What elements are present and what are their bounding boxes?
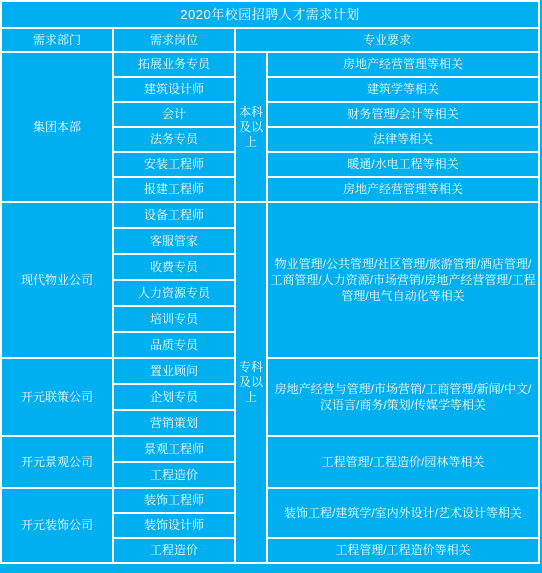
position-cell: 法务专员 [113, 127, 235, 152]
department-cell: 开元联策公司 [1, 358, 113, 436]
position-cell: 报建工程师 [113, 177, 235, 202]
position-cell: 安装工程师 [113, 152, 235, 177]
position-cell: 工程造价 [113, 462, 235, 488]
position-cell: 置业顾问 [113, 358, 235, 384]
header-department: 需求部门 [1, 28, 113, 52]
requirement-cell: 建筑学等相关 [267, 77, 539, 102]
requirement-cell: 工程管理/工程造价/园林等相关 [267, 436, 539, 488]
position-cell: 企划专员 [113, 384, 235, 410]
header-requirement: 专业要求 [235, 28, 539, 52]
position-cell: 收费专员 [113, 254, 235, 280]
position-cell: 景观工程师 [113, 436, 235, 462]
requirement-cell: 房地产经营管理等相关 [267, 177, 539, 202]
department-cell: 集团本部 [1, 52, 113, 202]
position-cell: 营销策划 [113, 410, 235, 436]
position-cell: 装饰工程师 [113, 488, 235, 513]
requirement-cell: 财务管理/会计等相关 [267, 102, 539, 127]
department-cell: 现代物业公司 [1, 202, 113, 358]
education-cell: 专科及以上 [235, 202, 267, 563]
requirement-cell: 物业管理/公共管理/社区管理/旅游管理/酒店管理/工商管理/人力资源/市场营销/… [267, 202, 539, 358]
position-cell: 培训专员 [113, 306, 235, 332]
position-cell: 拓展业务专员 [113, 52, 235, 77]
position-cell: 建筑设计师 [113, 77, 235, 102]
requirement-cell: 暖通/水电工程等相关 [267, 152, 539, 177]
position-cell: 人力资源专员 [113, 280, 235, 306]
requirement-cell: 装饰工程/建筑学/室内外设计/艺术设计等相关 [267, 488, 539, 538]
position-cell: 设备工程师 [113, 202, 235, 228]
education-cell: 本科及以上 [235, 52, 267, 202]
page-background: 2020年校园招聘人才需求计划 需求部门 需求岗位 专业要求 集团本部 拓展业务… [0, 0, 542, 573]
requirement-cell: 房地产经营管理等相关 [267, 52, 539, 77]
requirement-cell: 工程管理/工程造价等相关 [267, 538, 539, 563]
position-cell: 工程造价 [113, 538, 235, 563]
recruitment-table: 2020年校园招聘人才需求计划 需求部门 需求岗位 专业要求 集团本部 拓展业务… [0, 0, 540, 564]
position-cell: 客服管家 [113, 228, 235, 254]
header-position: 需求岗位 [113, 28, 235, 52]
department-cell: 开元装饰公司 [1, 488, 113, 563]
requirement-cell: 法律等相关 [267, 127, 539, 152]
department-cell: 开元景观公司 [1, 436, 113, 488]
table-title: 2020年校园招聘人才需求计划 [1, 1, 539, 28]
requirement-cell: 房地产经营与管理/市场营销/工商管理/新闻/中文/汉语言/商务/策划/传媒学等相… [267, 358, 539, 436]
position-cell: 会计 [113, 102, 235, 127]
position-cell: 装饰设计师 [113, 513, 235, 538]
position-cell: 品质专员 [113, 332, 235, 358]
